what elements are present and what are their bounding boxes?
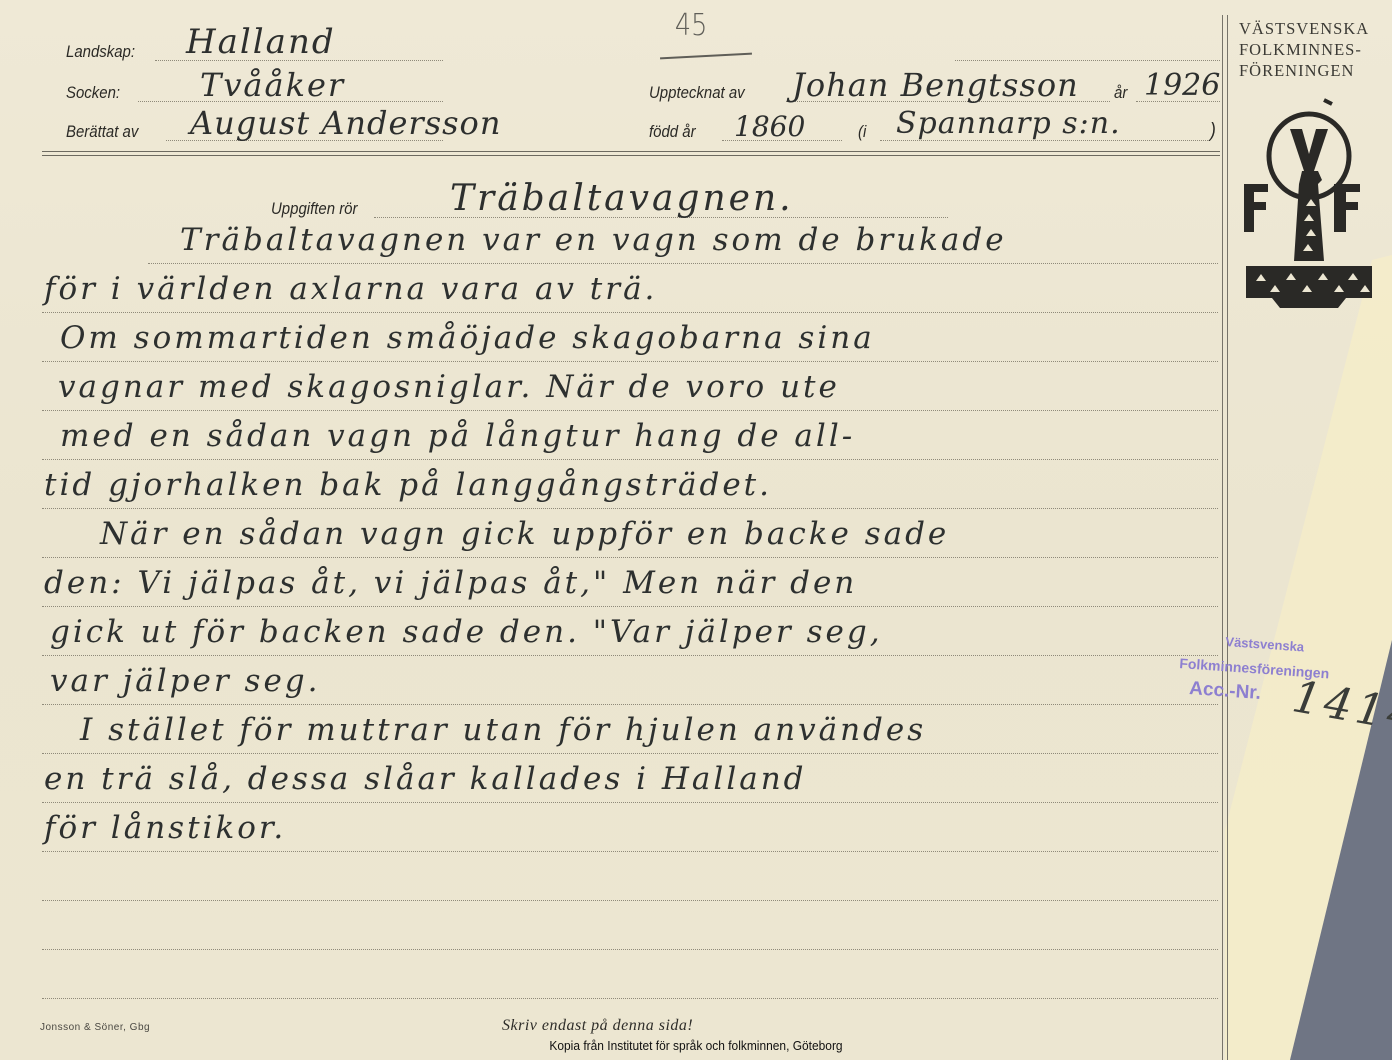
ruled-line: [42, 802, 1218, 803]
copy-notice: Kopia från Institutet för språk och folk…: [56, 1038, 1337, 1053]
header-separator-rule-2: [42, 155, 1220, 156]
header-separator-rule: [42, 151, 1220, 152]
body-line-11: I stället för muttrar utan för hjulen an…: [80, 712, 926, 748]
body-line-3: Om sommartiden småöjade skagobarna sina: [60, 320, 875, 356]
body-line-1: Träbaltavagnen var en vagn som de brukad…: [180, 222, 1007, 258]
body-line-8: den: Vi jälpas åt, vi jälpas åt," Men nä…: [44, 565, 857, 601]
ruled-line: [148, 263, 1218, 264]
ruled-line: [42, 704, 1218, 705]
body-line-10: var jälper seg.: [50, 663, 321, 699]
ruled-line: [42, 459, 1218, 460]
ruled-line: [42, 508, 1218, 509]
ruled-line: [42, 410, 1218, 411]
body-line-13: för lånstikor.: [44, 810, 286, 846]
berattat-value: August Andersson: [190, 104, 501, 142]
write-one-side-instruction: Skriv endast på denna sida!: [502, 1017, 693, 1035]
socken-label: Socken:: [66, 83, 120, 103]
berattat-label: Berättat av: [66, 122, 138, 142]
ar-value: 1926: [1144, 68, 1220, 103]
organization-name: VÄSTSVENSKA FOLKMINNES- FÖRENINGEN: [1239, 18, 1369, 81]
org-name-line-2: FOLKMINNES-: [1239, 39, 1369, 60]
top-right-dotted-line: [955, 60, 1220, 61]
fodd-place-value: Spannarp s:n.: [896, 106, 1121, 141]
right-column-divider-2: [1227, 15, 1228, 1060]
ruled-line: [42, 606, 1218, 607]
landskap-value: Halland: [186, 22, 336, 62]
ruled-line: [42, 655, 1218, 656]
ruled-line: [42, 900, 1218, 901]
org-name-line-3: FÖRENINGEN: [1239, 60, 1369, 81]
fodd-paren-open: (i: [858, 122, 866, 142]
ruled-line: [42, 753, 1218, 754]
ruled-line: [42, 949, 1218, 950]
ruled-line: [42, 998, 1218, 999]
body-line-2: för i världen axlarna vara av trä.: [44, 271, 657, 307]
body-line-7: När en sådan vagn gick uppför en backe s…: [100, 516, 949, 552]
body-line-12: en trä slå, dessa slåar kallades i Halla…: [44, 761, 807, 797]
subject-label: Uppgiften rör: [271, 199, 357, 219]
ar-label: år: [1114, 83, 1127, 103]
ruled-line: [42, 851, 1218, 852]
ruled-line: [42, 312, 1218, 313]
ruled-line: [42, 361, 1218, 362]
page-number: 45: [675, 8, 707, 43]
socken-value: Tvååker: [200, 66, 345, 104]
body-line-5: med en sådan vagn på långtur hang de all…: [60, 418, 855, 454]
upptecknat-label: Upptecknat av: [649, 83, 745, 103]
fodd-label: född år: [649, 122, 696, 142]
upptecknat-value: Johan Bengtsson: [792, 66, 1079, 104]
org-name-line-1: VÄSTSVENSKA: [1239, 18, 1369, 39]
body-line-9: gick ut för backen sade den. "Var jälper…: [50, 614, 883, 650]
body-line-4: vagnar med skagosniglar. När de voro ute: [58, 369, 840, 405]
thors-hammer-logo-icon: [1236, 96, 1380, 316]
subject-value: Träbaltavagnen.: [450, 178, 794, 219]
fodd-value: 1860: [734, 110, 805, 143]
printer-credit: Jonsson & Söner, Gbg: [40, 1022, 150, 1033]
ruled-line: [42, 557, 1218, 558]
fodd-paren-close: ): [1210, 120, 1216, 143]
body-line-6: tid gjorhalken bak på langgångsträdet.: [44, 467, 772, 503]
landskap-label: Landskap:: [66, 42, 135, 62]
right-column-divider: [1222, 15, 1223, 1060]
